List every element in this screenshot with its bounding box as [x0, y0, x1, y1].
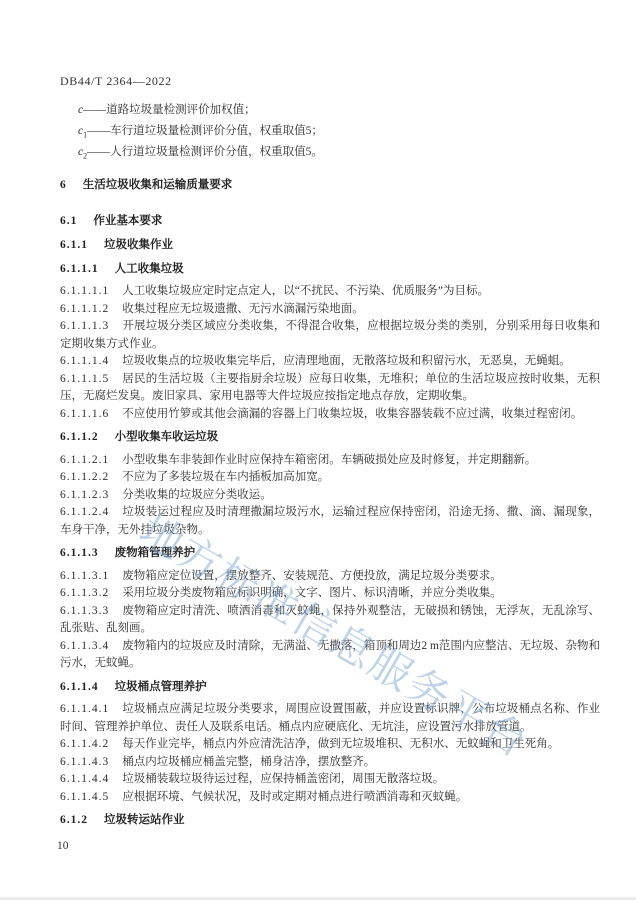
- definition-line: c1——车行道垃圾量检测评价分值，权重取值5；: [78, 123, 600, 144]
- clause-text: 废物箱内的垃圾应及时清除，无满溢、无撒落，箱顶和周边2 m范围内应整洁、无垃圾、…: [60, 640, 600, 670]
- clause-number: 6.1.1.1: [60, 263, 99, 275]
- clause-text: 居民的生活垃圾（主要指厨余垃圾）应每日收集，无堆积；单位的生活垃圾应按时收集，无…: [60, 373, 600, 403]
- clause-number: 6.1.1.2.4: [60, 506, 109, 518]
- clause-paragraph: 6.1.1.1.6不应使用竹箩或其他会滴漏的容器上门收集垃圾，收集容器装载不应过…: [60, 406, 600, 424]
- clause-number: 6.1.1.4.1: [60, 703, 109, 715]
- clause-paragraph: 6.1.1.4.1垃圾桶点应满足垃圾分类要求，周围应设置围蔽，并应设置标识牌，公…: [60, 701, 600, 736]
- clause-paragraph: 6.1.1.3.4废物箱内的垃圾应及时清除，无满溢、无撒落，箱顶和周边2 m范围…: [60, 638, 600, 673]
- section-heading: 6.1.1.4垃圾桶点管理养护: [60, 679, 600, 697]
- clause-text: 每天作业完毕，桶点内外应清洗洁净，做到无垃圾堆积、无积水、无蚊蝇和卫生死角。: [122, 738, 559, 750]
- clause-text: 废物箱管理养护: [115, 547, 196, 559]
- clause-paragraph: 6.1.1.1.2收集过程应无垃圾遗撒、无污水滴漏污染地面。: [60, 301, 600, 319]
- section-heading: 6.1.1.1人工收集垃圾: [60, 261, 600, 279]
- clause-paragraph: 6.1.1.4.4垃圾桶装载垃圾待运过程，应保持桶盖密闭，周围无散落垃圾。: [60, 771, 600, 789]
- definition-line: c——道路垃圾量检测评价加权值；: [78, 102, 600, 123]
- definition-text: ——道路垃圾量检测评价加权值；: [83, 104, 256, 116]
- clause-paragraph: 6.1.1.2.2不应为了多装垃圾在车内插板加高加宽。: [60, 469, 600, 487]
- section-heading: 6生活垃圾收集和运输质量要求: [60, 177, 600, 195]
- clause-paragraph: 6.1.1.3.1废物箱应定位设置，摆放整齐、安装规范、方便投放，满足垃圾分类要…: [60, 568, 600, 586]
- document-page: DB44/T 2364—2022 c——道路垃圾量检测评价加权值； c1——车行…: [0, 0, 636, 900]
- clause-number: 6.1.1.3.3: [60, 605, 109, 617]
- clause-number: 6.1.1.1.4: [60, 355, 109, 367]
- section-heading: 6.1.1.2小型收集车收运垃圾: [60, 429, 600, 447]
- clause-text: 垃圾桶点应满足垃圾分类要求，周围应设置围蔽，并应设置标识牌，公布垃圾桶点名称、作…: [60, 703, 600, 733]
- clause-text: 垃圾收集点的垃圾收集完毕后，应清理地面，无散落垃圾和积留污水，无恶臭，无蝇蛆。: [122, 355, 571, 367]
- clause-text: 收集过程应无垃圾遗撒、无污水滴漏污染地面。: [122, 303, 364, 315]
- clause-number: 6.1.1.4.3: [60, 756, 109, 768]
- clause-text: 小型收集车收运垃圾: [115, 431, 219, 443]
- clause-text: 采用垃圾分类废物箱应标识明确，文字、图片、标识清晰，并应分类收集。: [122, 587, 502, 599]
- clause-text: 废物箱应定时清洗、喷洒消毒和灭蚊蝇，保持外观整洁，无破损和锈蚀，无浮灰，无乱涂写…: [60, 605, 600, 635]
- clause-number: 6.1: [60, 215, 77, 227]
- clause-paragraph: 6.1.1.2.4垃圾装运过程应及时清理撒漏垃圾污水，运输过程应保持密闭，沿途无…: [60, 504, 600, 539]
- clause-paragraph: 6.1.1.2.1小型收集车非装卸作业时应保持车箱密闭。车辆破损处应及时修复，并…: [60, 452, 600, 470]
- clause-number: 6.1.1.1.6: [60, 408, 109, 420]
- clause-paragraph: 6.1.1.4.5应根据环境、气候状况，及时或定期对桶点进行喷洒消毒和灭蚊蝇。: [60, 789, 600, 807]
- clause-number: 6.1.1.1.2: [60, 303, 109, 315]
- clause-text: 分类收集的垃圾应分类收运。: [122, 489, 272, 501]
- clause-paragraph: 6.1.1.1.3开展垃圾分类区域应分类收集，不得混合收集，应根据垃圾分类的类别…: [60, 318, 600, 353]
- clause-number: 6.1.1.2.1: [60, 454, 109, 466]
- clause-number: 6.1.2: [60, 814, 88, 826]
- standard-number-header: DB44/T 2364—2022: [60, 74, 600, 88]
- clause-text: 小型收集车非装卸作业时应保持车箱密闭。车辆破损处应及时修复，并定期翻新。: [122, 454, 536, 466]
- clause-number: 6.1.1.2.3: [60, 489, 109, 501]
- clause-text: 垃圾收集作业: [104, 239, 173, 251]
- clause-text: 生活垃圾收集和运输质量要求: [83, 179, 233, 191]
- clause-number: 6.1.1.4.4: [60, 773, 109, 785]
- clause-text: 开展垃圾分类区域应分类收集，不得混合收集，应根据垃圾分类的类别，分别采用每日收集…: [60, 320, 600, 350]
- clause-text: 废物箱应定位设置，摆放整齐、安装规范、方便投放，满足垃圾分类要求。: [122, 570, 502, 582]
- clause-text: 不应使用竹箩或其他会滴漏的容器上门收集垃圾，收集容器装载不应过满，收集过程密闭。: [122, 408, 582, 420]
- section-heading: 6.1.1垃圾收集作业: [60, 237, 600, 255]
- clause-number: 6.1.1.2: [60, 431, 99, 443]
- clause-paragraph: 6.1.1.2.3分类收集的垃圾应分类收运。: [60, 487, 600, 505]
- section-heading: 6.1.2垃圾转运站作业: [60, 812, 600, 830]
- clause-paragraph: 6.1.1.4.2每天作业完毕，桶点内外应清洗洁净，做到无垃圾堆积、无积水、无蚊…: [60, 736, 600, 754]
- definition-text: ——车行道垃圾量检测评价分值，权重取值5；: [87, 125, 323, 137]
- clause-text: 桶点内垃圾桶应桶盖完整，桶身洁净，摆放整齐。: [122, 756, 375, 768]
- clause-paragraph: 6.1.1.1.4垃圾收集点的垃圾收集完毕后，应清理地面，无散落垃圾和积留污水，…: [60, 353, 600, 371]
- clause-paragraph: 6.1.1.1.5居民的生活垃圾（主要指厨余垃圾）应每日收集，无堆积；单位的生活…: [60, 371, 600, 406]
- clause-number: 6: [60, 179, 67, 191]
- clause-text: 作业基本要求: [93, 215, 162, 227]
- page-number: 10: [57, 838, 600, 854]
- clause-text: 不应为了多装垃圾在车内插板加高加宽。: [122, 471, 329, 483]
- symbol-definition-list: c——道路垃圾量检测评价加权值； c1——车行道垃圾量检测评价分值，权重取值5；…: [60, 102, 600, 164]
- clause-number: 6.1.1.1.5: [60, 373, 109, 385]
- clause-number: 6.1.1.3.4: [60, 640, 109, 652]
- clause-text: 应根据环境、气候状况，及时或定期对桶点进行喷洒消毒和灭蚊蝇。: [122, 791, 467, 803]
- clause-number: 6.1.1.1.1: [60, 285, 109, 297]
- clause-number: 6.1.1.3.2: [60, 587, 109, 599]
- clause-number: 6.1.1.3: [60, 547, 99, 559]
- definition-text: ——人行道垃圾量检测评价分值，权重取值5。: [87, 146, 323, 158]
- clause-text: 人工收集垃圾: [115, 263, 184, 275]
- section-heading: 6.1作业基本要求: [60, 213, 600, 231]
- clause-text: 垃圾桶装载垃圾待运过程，应保持桶盖密闭，周围无散落垃圾。: [122, 773, 444, 785]
- clause-paragraph: 6.1.1.4.3桶点内垃圾桶应桶盖完整，桶身洁净，摆放整齐。: [60, 754, 600, 772]
- clause-text: 垃圾转运站作业: [104, 814, 185, 826]
- clause-text: 垃圾桶点管理养护: [115, 681, 207, 693]
- clause-number: 6.1.1.4: [60, 681, 99, 693]
- clause-number: 6.1.1.4.5: [60, 791, 109, 803]
- definition-line: c2——人行道垃圾量检测评价分值，权重取值5。: [78, 144, 600, 165]
- clause-number: 6.1.1.3.1: [60, 570, 109, 582]
- clause-number: 6.1.1.4.2: [60, 738, 109, 750]
- clause-text: 垃圾装运过程应及时清理撒漏垃圾污水，运输过程应保持密闭，沿途无扬、撒、滴、漏现象…: [60, 506, 600, 536]
- section-heading: 6.1.1.3废物箱管理养护: [60, 545, 600, 563]
- clause-paragraph: 6.1.1.1.1人工收集垃圾应定时定点定人，以“不扰民、不污染、优质服务”为目…: [60, 283, 600, 301]
- clause-number: 6.1.1.1.3: [60, 320, 109, 332]
- clause-text: 人工收集垃圾应定时定点定人，以“不扰民、不污染、优质服务”为目标。: [122, 285, 489, 297]
- clause-paragraph: 6.1.1.3.2采用垃圾分类废物箱应标识明确，文字、图片、标识清晰，并应分类收…: [60, 585, 600, 603]
- clause-paragraph: 6.1.1.3.3废物箱应定时清洗、喷洒消毒和灭蚊蝇，保持外观整洁，无破损和锈蚀…: [60, 603, 600, 638]
- document-body: 6生活垃圾收集和运输质量要求6.1作业基本要求6.1.1垃圾收集作业6.1.1.…: [60, 177, 600, 830]
- clause-number: 6.1.1.2.2: [60, 471, 109, 483]
- clause-number: 6.1.1: [60, 239, 88, 251]
